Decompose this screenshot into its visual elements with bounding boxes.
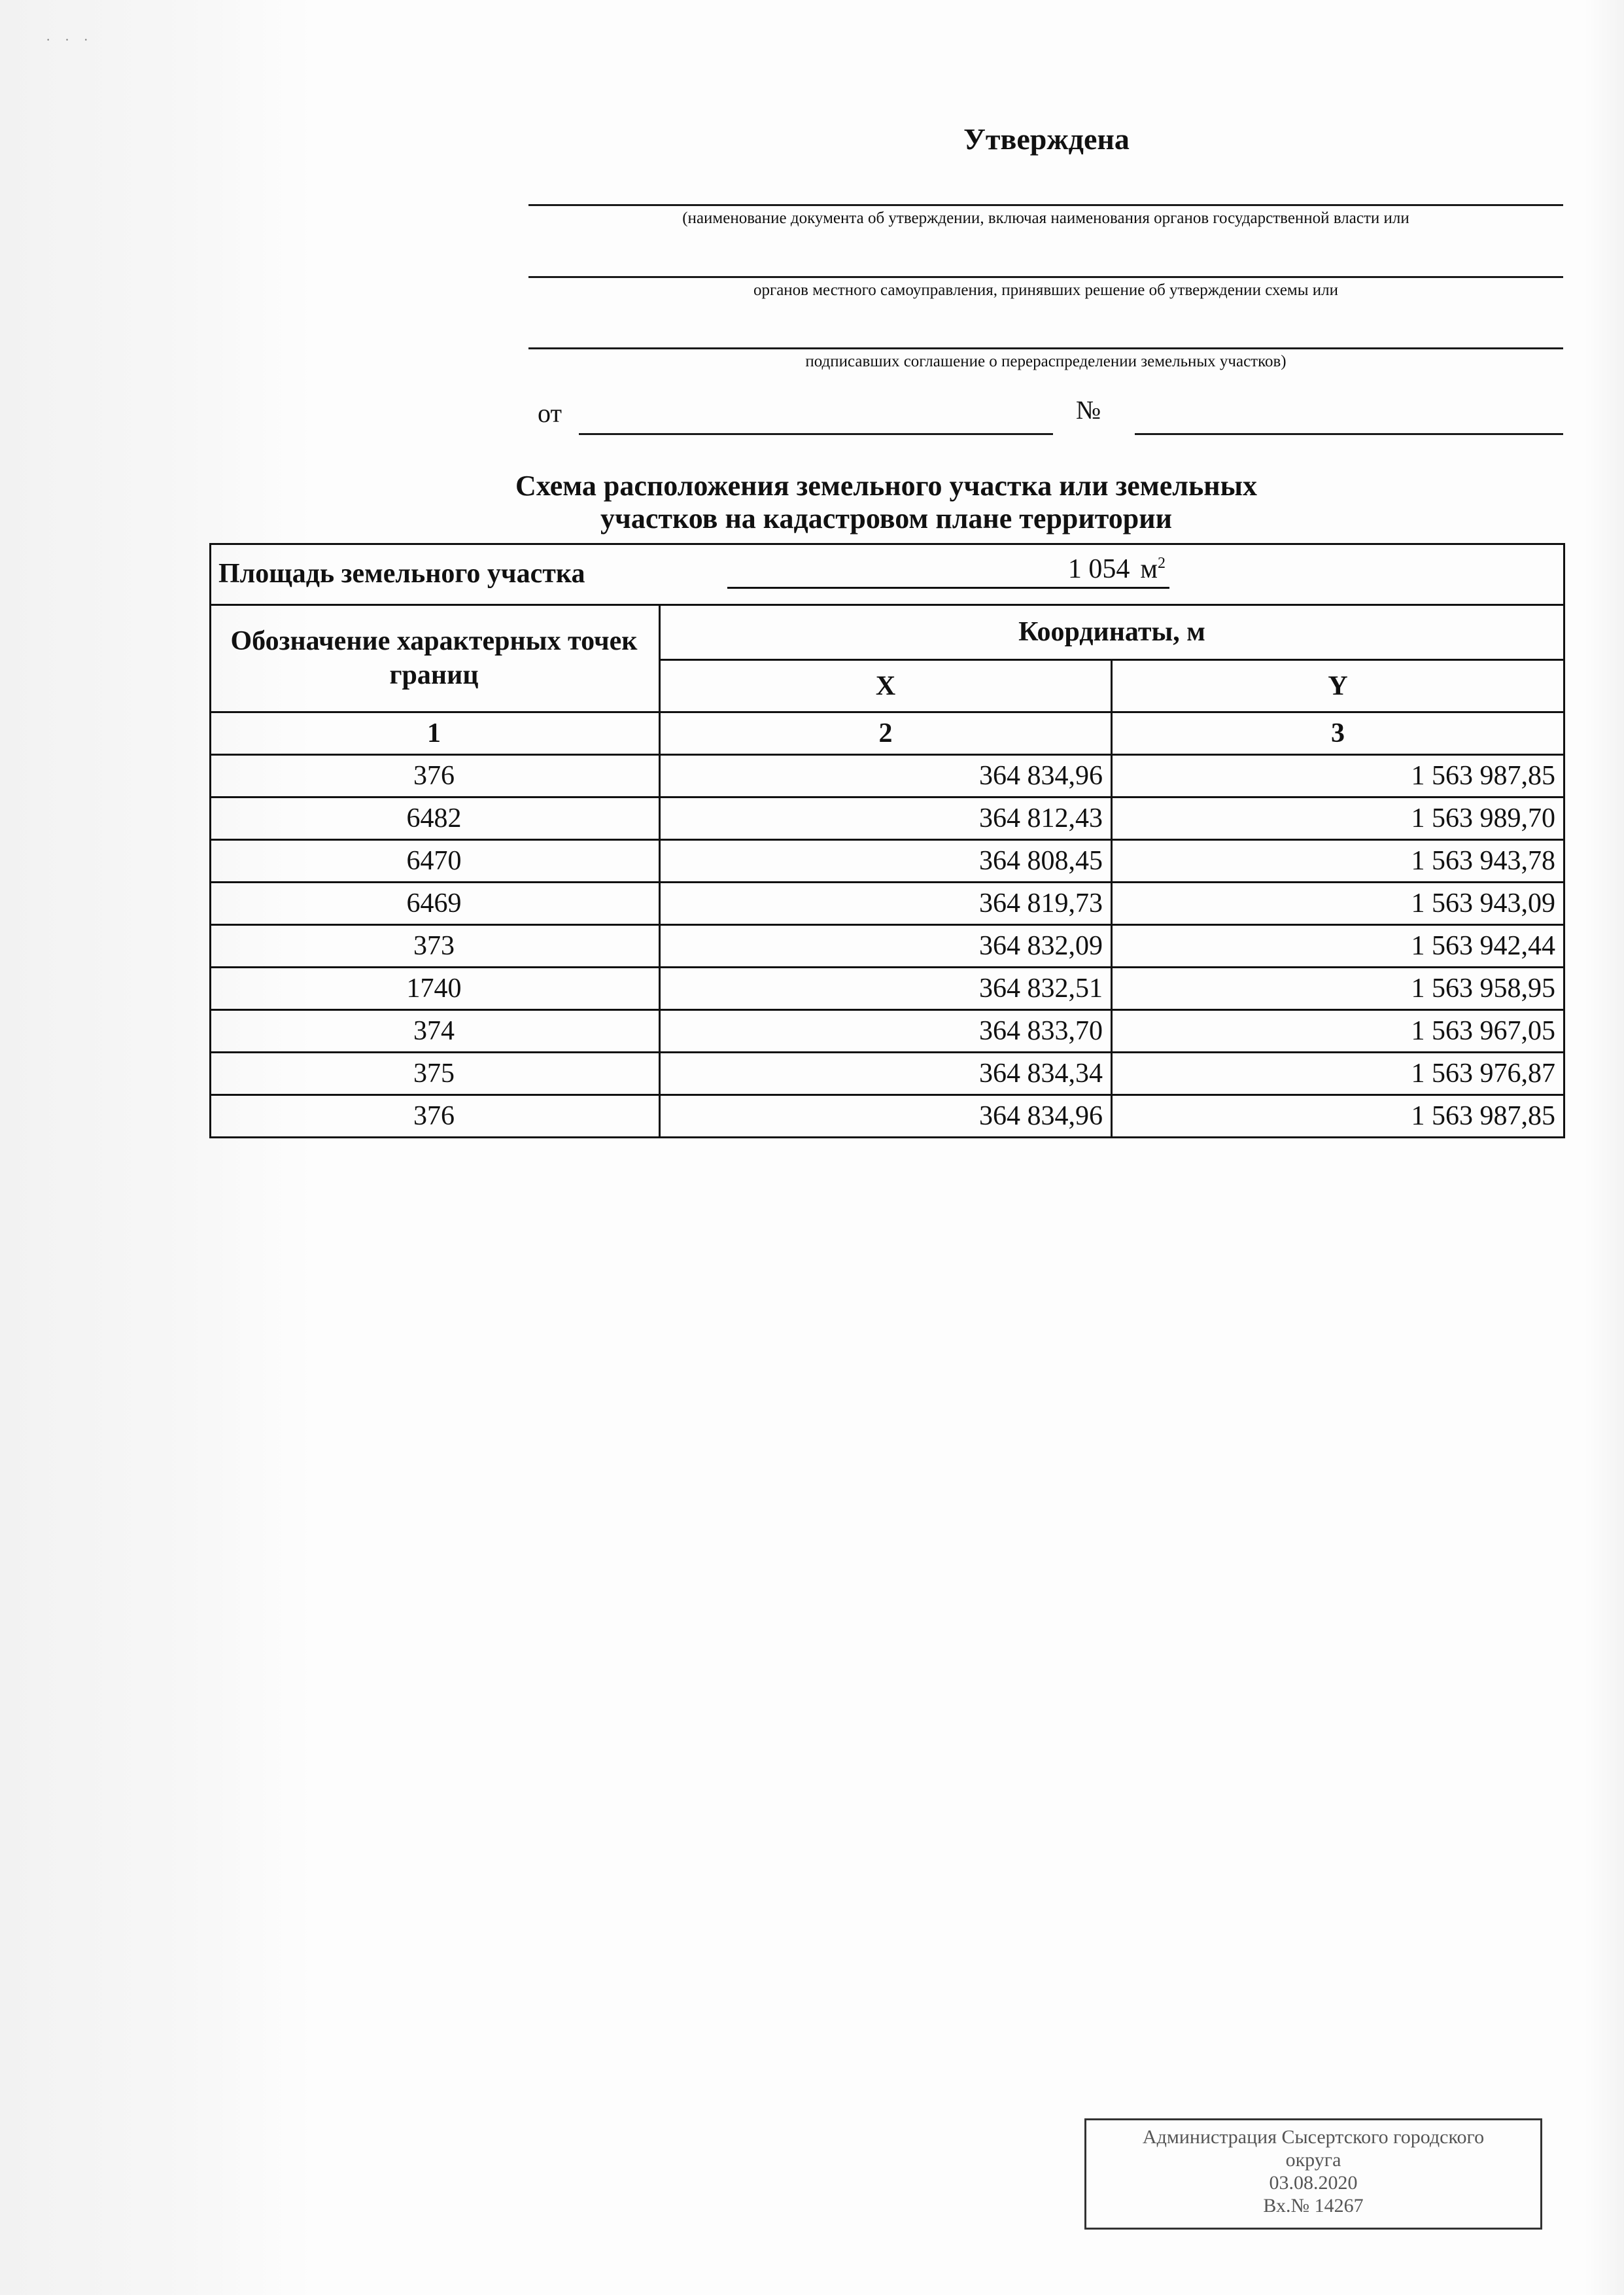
x-coordinate-cell: 364 819,73 — [661, 883, 1103, 924]
table-row-line — [209, 1136, 1565, 1138]
point-id-cell: 374 — [209, 1011, 659, 1051]
area-underline — [727, 587, 1169, 589]
y-coordinate-cell: 1 563 943,09 — [1113, 883, 1555, 924]
point-id-cell: 373 — [209, 926, 659, 966]
stamp-incoming-number: Вх.№ 14267 — [1086, 2194, 1540, 2217]
y-coordinate-cell: 1 563 989,70 — [1113, 798, 1555, 839]
approval-line-3 — [528, 347, 1563, 349]
y-coordinate-cell: 1 563 987,85 — [1113, 1096, 1555, 1136]
x-coordinate-cell: 364 833,70 — [661, 1011, 1103, 1051]
area-unit: м2 — [1140, 553, 1166, 585]
registration-stamp: Администрация Сысертского городского окр… — [1084, 2118, 1542, 2230]
date-underline — [579, 433, 1053, 435]
coordinates-header: Координаты, м — [661, 606, 1563, 658]
y-coordinate-cell: 1 563 943,78 — [1113, 841, 1555, 881]
approval-line-2 — [528, 276, 1563, 278]
scan-shadow — [0, 0, 314, 2295]
approved-heading: Утверждена — [850, 122, 1243, 156]
x-coordinate-cell: 364 832,09 — [661, 926, 1103, 966]
col-number-2: 2 — [661, 713, 1111, 754]
scheme-title-line-2: участков на кадастровом плане территории — [209, 502, 1563, 535]
y-coordinate-cell: 1 563 958,95 — [1113, 968, 1555, 1009]
number-label: № — [1076, 394, 1101, 425]
stamp-date: 03.08.2020 — [1086, 2171, 1540, 2194]
x-header: X — [661, 661, 1111, 711]
y-coordinate-cell: 1 563 987,85 — [1113, 756, 1555, 796]
scheme-title: Схема расположения земельного участка ил… — [209, 470, 1563, 535]
approval-caption-3: подписавших соглашение о перераспределен… — [528, 353, 1563, 371]
number-underline — [1135, 433, 1563, 435]
approval-caption-1: (наименование документа об утверждении, … — [528, 209, 1563, 228]
y-header: Y — [1113, 661, 1563, 711]
area-label: Площадь земельного участка — [218, 543, 585, 604]
point-id-cell: 1740 — [209, 968, 659, 1009]
x-coordinate-cell: 364 834,34 — [661, 1053, 1103, 1094]
x-coordinate-cell: 364 834,96 — [661, 1096, 1103, 1136]
x-coordinate-cell: 364 812,43 — [661, 798, 1103, 839]
scan-artifact: · · · — [46, 31, 94, 48]
y-coordinate-cell: 1 563 967,05 — [1113, 1011, 1555, 1051]
point-id-cell: 6470 — [209, 841, 659, 881]
area-unit-sup: 2 — [1158, 555, 1166, 572]
y-coordinate-cell: 1 563 942,44 — [1113, 926, 1555, 966]
scan-edge — [1585, 0, 1624, 2295]
stamp-organization-cont: округа — [1086, 2148, 1540, 2171]
y-coordinate-cell: 1 563 976,87 — [1113, 1053, 1555, 1094]
scheme-title-line-1: Схема расположения земельного участка ил… — [209, 470, 1563, 502]
approval-caption-2: органов местного самоуправления, принявш… — [528, 281, 1563, 300]
area-number: 1 054 — [1068, 553, 1130, 585]
x-coordinate-cell: 364 834,96 — [661, 756, 1103, 796]
point-id-cell: 375 — [209, 1053, 659, 1094]
number-field — [1135, 406, 1563, 432]
point-id-cell: 6482 — [209, 798, 659, 839]
date-label: от — [538, 398, 562, 429]
point-id-cell: 376 — [209, 1096, 659, 1136]
point-id-cell: 376 — [209, 756, 659, 796]
x-coordinate-cell: 364 832,51 — [661, 968, 1103, 1009]
point-designation-header: Обозначение характерных точек границ — [209, 606, 659, 710]
approval-line-1 — [528, 204, 1563, 206]
stamp-organization: Администрация Сысертского городского — [1086, 2126, 1540, 2148]
area-value: 1 054 м2 — [727, 550, 1166, 589]
col-number-1: 1 — [209, 713, 659, 754]
area-unit-text: м — [1140, 554, 1158, 584]
point-id-cell: 6469 — [209, 883, 659, 924]
col-number-3: 3 — [1113, 713, 1563, 754]
date-field — [579, 406, 1053, 432]
x-coordinate-cell: 364 808,45 — [661, 841, 1103, 881]
